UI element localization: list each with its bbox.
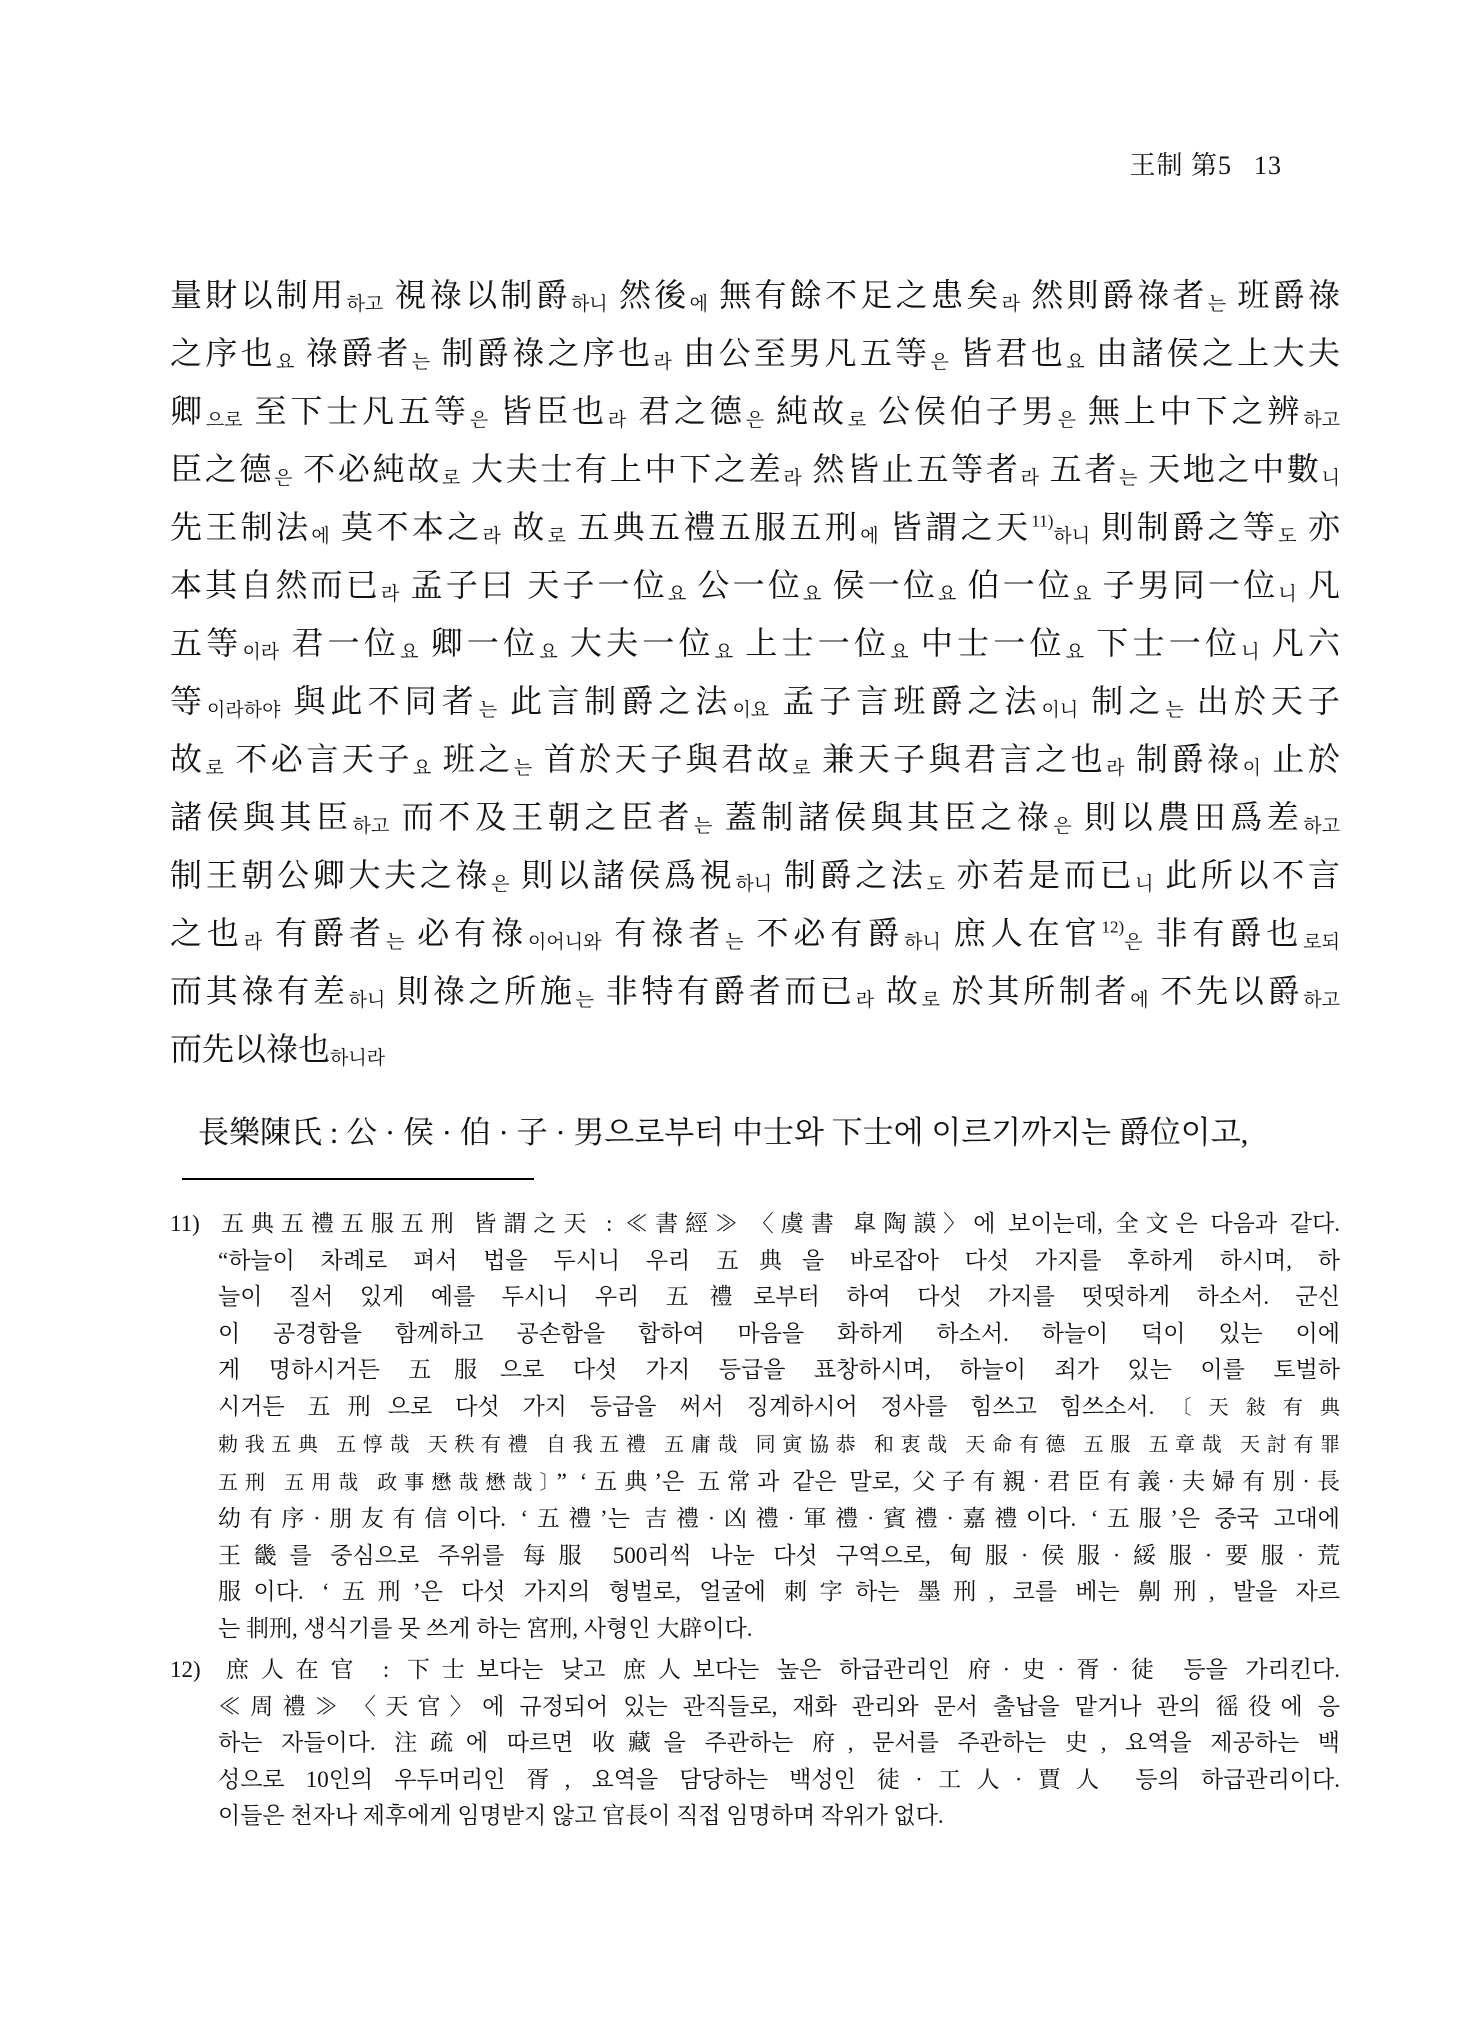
- gugyeol-suffix: 라: [783, 468, 801, 489]
- footnote-line: 이들은 천자나 제후에게 임명받지 않고 官長이 직접 임명하며 작위가 없다.: [170, 1798, 1340, 1835]
- gugyeol-suffix: 에: [690, 294, 708, 315]
- gugyeol-suffix: 는: [694, 816, 712, 837]
- gugyeol-suffix: 요: [890, 642, 908, 663]
- gugyeol-suffix: 은: [274, 468, 292, 489]
- body-line: 諸侯與其臣하고 而不及王朝之臣者는 蓋制諸侯與其臣之祿은 則以農田爲差하고: [170, 788, 1340, 846]
- gugyeol-suffix: 라: [1002, 294, 1020, 315]
- gugyeol-suffix: 로: [848, 410, 866, 431]
- gugyeol-suffix: 하고: [1303, 990, 1340, 1011]
- gugyeol-suffix: 은: [491, 874, 509, 895]
- gugyeol-suffix: 은: [470, 410, 488, 431]
- gugyeol-suffix: 라: [856, 990, 874, 1011]
- footnote-line: 11)五典五禮五服五刑 皆謂之天 : ≪書經≫ 〈虞書 皐陶謨〉에 보이는데, …: [170, 1206, 1340, 1243]
- page-content: 王制 第513 量財以制用하고 視祿以制爵하니 然後에 無有餘不足之患矣라 然則…: [0, 0, 1480, 1835]
- gugyeol-suffix: 라: [483, 526, 501, 547]
- gugyeol-suffix: 라: [653, 352, 671, 373]
- footnote-line: 게 명하시거든 五服으로 다섯 가지 등급을 표창하시며, 하늘이 죄가 있는 …: [170, 1352, 1340, 1389]
- gugyeol-suffix: 하니: [1053, 526, 1090, 547]
- gugyeol-suffix: 는: [479, 700, 497, 721]
- footnote-line: 12)庶人在官 : 下士보다는 낮고 庶人보다는 높은 하급관리인 府·史·胥·…: [170, 1652, 1340, 1689]
- body-line: 而先以祿也하니라: [170, 1020, 1340, 1078]
- footnote-divider: [182, 1178, 534, 1180]
- gugyeol-suffix: 요: [276, 352, 294, 373]
- body-line: 而其祿有差하니 則祿之所施는 非特有爵者而已라 故로 於其所制者에 不先以爵하고: [170, 962, 1340, 1020]
- body-line: 卿으로 至下士凡五等은 皆臣也라 君之德은 純故로 公侯伯子男은 無上中下之辨하…: [170, 382, 1340, 440]
- gugyeol-suffix: 요: [1066, 642, 1084, 663]
- gugyeol-suffix: 는: [1208, 294, 1226, 315]
- page-number: 13: [1254, 151, 1282, 180]
- gugyeol-suffix: 로: [206, 758, 224, 779]
- footnote-line: 성으로 10인의 우두머리인 胥, 요역을 담당하는 백성인 徒·工人·賈人 등…: [170, 1762, 1340, 1799]
- footnote-line: ≪周禮≫ 〈天官〉에 규정되어 있는 관직들로, 재화 관리와 문서 출납을 맡…: [170, 1689, 1340, 1726]
- footnote-line: 는 剕刑, 생식기를 못 쓰게 하는 宮刑, 사형인 大辟이다.: [170, 1611, 1340, 1648]
- gugyeol-suffix: 은: [1124, 932, 1142, 953]
- gugyeol-suffix: 은: [1058, 410, 1076, 431]
- body-line: 之也라 有爵者는 必有祿이어니와 有祿者는 不必有爵하니 庶人在官12)은 非有…: [170, 904, 1340, 962]
- body-line: 故로 不必言天子요 班之는 首於天子與君故로 兼天子與君言之也라 制爵祿이 止於: [170, 730, 1340, 788]
- gugyeol-suffix: 는: [576, 990, 594, 1011]
- body-line: 等이라하야 與此不同者는 此言制爵之法이요 孟子言班爵之法이니 制之는 出於天子: [170, 672, 1340, 730]
- gugyeol-suffix: 이라: [242, 642, 279, 663]
- footnote-11: 11)五典五禮五服五刑 皆謂之天 : ≪書經≫ 〈虞書 皐陶謨〉에 보이는데, …: [170, 1206, 1340, 1647]
- gugyeol-suffix: 라: [1106, 758, 1124, 779]
- gugyeol-suffix: 라: [244, 932, 262, 953]
- gugyeol-suffix: 하니: [349, 990, 386, 1011]
- body-line: 五等이라 君一位요 卿一位요 大夫一位요 上士一位요 中士一位요 下士一位니 凡…: [170, 614, 1340, 672]
- chinese-quote: 五刑 五用哉 政事懋哉懋哉〕: [218, 1472, 557, 1494]
- body-line: 量財以制用하고 視祿以制爵하니 然後에 無有餘不足之患矣라 然則爵祿者는 班爵祿: [170, 266, 1340, 324]
- gugyeol-suffix: 이니: [1042, 700, 1079, 721]
- gugyeol-suffix: 니: [1278, 584, 1296, 605]
- gugyeol-suffix: 은: [1053, 816, 1071, 837]
- gugyeol-suffix: 이라하야: [207, 700, 280, 721]
- gugyeol-suffix: 은: [746, 410, 764, 431]
- gugyeol-suffix: 에: [311, 526, 329, 547]
- gugyeol-suffix: 하고: [1303, 816, 1340, 837]
- gugyeol-suffix: 하니: [904, 932, 941, 953]
- gugyeol-suffix: 이어니와: [528, 932, 601, 953]
- body-text: 量財以制用하고 視祿以制爵하니 然後에 無有餘不足之患矣라 然則爵祿者는 班爵祿…: [170, 266, 1340, 1078]
- gugyeol-suffix: 는: [514, 758, 532, 779]
- commentary-line: 長樂陳氏 : 公 · 侯 · 伯 · 子 · 男으로부터 中士와 下士에 이르기…: [170, 1104, 1340, 1162]
- footnote-line: 勅我五典 五惇哉 天秩有禮 自我五禮 五庸哉 同寅協恭 和衷哉 天命有德 五服 …: [170, 1426, 1340, 1464]
- gugyeol-suffix: 으로: [206, 410, 243, 431]
- footnote-line: “하늘이 차례로 펴서 법을 두시니 우리 五典을 바로잡아 다섯 가지를 후하…: [170, 1243, 1340, 1280]
- footnote-marker: 11): [170, 1206, 214, 1243]
- gugyeol-suffix: 요: [803, 584, 821, 605]
- gugyeol-suffix: 는: [1119, 468, 1137, 489]
- gugyeol-suffix: 요: [1073, 584, 1091, 605]
- body-line: 臣之德은 不必純故로 大夫士有上中下之差라 然皆止五等者라 五者는 天地之中數니: [170, 440, 1340, 498]
- gugyeol-suffix: 로: [922, 990, 940, 1011]
- body-line: 制王朝公卿大夫之祿은 則以諸侯爲視하니 制爵之法도 亦若是而已니 此所以不言: [170, 846, 1340, 904]
- chinese-quote: 〔天敍有典: [1154, 1397, 1340, 1419]
- body-line: 先王制法에 莫不本之라 故로 五典五禮五服五刑에 皆謂之天11)하니 則制爵之等…: [170, 498, 1340, 556]
- gugyeol-suffix: 로되: [1303, 932, 1340, 953]
- footnote-marker: 12): [170, 1652, 214, 1689]
- footnotes: 11)五典五禮五服五刑 皆謂之天 : ≪書經≫ 〈虞書 皐陶謨〉에 보이는데, …: [170, 1206, 1340, 1835]
- page-header: 王制 第513: [170, 150, 1340, 182]
- footnote-line: 五刑 五用哉 政事懋哉懋哉〕” ‘五典’은 五常과 같은 말로, 父子有親·君臣…: [170, 1464, 1340, 1502]
- footnote-ref: 11): [1031, 511, 1053, 530]
- gugyeol-suffix: 로: [442, 468, 460, 489]
- book-page: 王制 第513 量財以制用하고 視祿以制爵하니 然後에 無有餘不足之患矣라 然則…: [0, 0, 1480, 2024]
- footnote-line: 늘이 질서 있게 예를 두시니 우리 五禮로부터 하여 다섯 가지를 떳떳하게 …: [170, 1279, 1340, 1316]
- gugyeol-suffix: 하고: [1303, 410, 1340, 431]
- gugyeol-suffix: 에: [1130, 990, 1148, 1011]
- gugyeol-suffix: 는: [725, 932, 743, 953]
- body-line: 本其自然而已라 孟子曰 天子一位요 公一位요 侯一位요 伯一位요 子男同一位니 …: [170, 556, 1340, 614]
- gugyeol-suffix: 는: [412, 352, 430, 373]
- gugyeol-suffix: 이: [1243, 758, 1261, 779]
- gugyeol-suffix: 하니라: [330, 1048, 385, 1069]
- gugyeol-suffix: 는: [386, 932, 404, 953]
- gugyeol-suffix: 는: [1165, 700, 1183, 721]
- gugyeol-suffix: 라: [381, 584, 399, 605]
- gugyeol-suffix: 라: [1021, 468, 1039, 489]
- footnote-line: 服이다. ‘五刑’은 다섯 가지의 형벌로, 얼굴에 刺字하는 墨刑, 코를 베…: [170, 1574, 1340, 1611]
- footnote-ref: 12): [1102, 917, 1125, 936]
- gugyeol-suffix: 요: [400, 642, 418, 663]
- footnote-12: 12)庶人在官 : 下士보다는 낮고 庶人보다는 높은 하급관리인 府·史·胥·…: [170, 1652, 1340, 1835]
- gugyeol-suffix: 로: [548, 526, 566, 547]
- gugyeol-suffix: 라: [608, 410, 626, 431]
- gugyeol-suffix: 요: [413, 758, 431, 779]
- gugyeol-suffix: 하니: [571, 294, 608, 315]
- footnote-line: 하는 자들이다. 注疏에 따르면 收藏을 주관하는 府, 문서를 주관하는 史,…: [170, 1725, 1340, 1762]
- gugyeol-suffix: 도: [927, 874, 945, 895]
- chapter-title: 王制 第5: [1129, 151, 1232, 180]
- gugyeol-suffix: 에: [860, 526, 878, 547]
- gugyeol-suffix: 요: [668, 584, 686, 605]
- body-line: 之序也요 祿爵者는 制爵祿之序也라 由公至男凡五等은 皆君也요 由諸侯之上大夫: [170, 324, 1340, 382]
- gugyeol-suffix: 하고: [353, 816, 390, 837]
- gugyeol-suffix: 하니: [735, 874, 772, 895]
- gugyeol-suffix: 니: [1322, 468, 1340, 489]
- gugyeol-suffix: 요: [539, 642, 557, 663]
- gugyeol-suffix: 은: [931, 352, 949, 373]
- footnote-line: 시거든 五刑으로 다섯 가지 등급을 써서 징계하시어 정사를 힘쓰고 힘쓰소서…: [170, 1389, 1340, 1427]
- gugyeol-suffix: 하고: [346, 294, 383, 315]
- chinese-quote: 勅我五典 五惇哉 天秩有禮 自我五禮 五庸哉 同寅協恭 和衷哉 天命有德 五服 …: [218, 1434, 1340, 1456]
- gugyeol-suffix: 니: [1135, 874, 1153, 895]
- footnote-line: 幼有序·朋友有信이다. ‘五禮’는 吉禮·凶禮·軍禮·賓禮·嘉禮이다. ‘五服’…: [170, 1501, 1340, 1538]
- gugyeol-suffix: 니: [1241, 642, 1259, 663]
- gugyeol-suffix: 요: [715, 642, 733, 663]
- gugyeol-suffix: 요: [1066, 352, 1084, 373]
- gugyeol-suffix: 요: [938, 584, 956, 605]
- gugyeol-suffix: 로: [792, 758, 810, 779]
- footnote-line: 王畿를 중심으로 주위를 每服 500리씩 나눈 다섯 구역으로, 甸服·侯服·…: [170, 1538, 1340, 1575]
- gugyeol-suffix: 이요: [732, 700, 769, 721]
- gugyeol-suffix: 도: [1278, 526, 1296, 547]
- footnote-line: 이 공경함을 함께하고 공손함을 합하여 마음을 화하게 하소서. 하늘이 덕이…: [170, 1316, 1340, 1353]
